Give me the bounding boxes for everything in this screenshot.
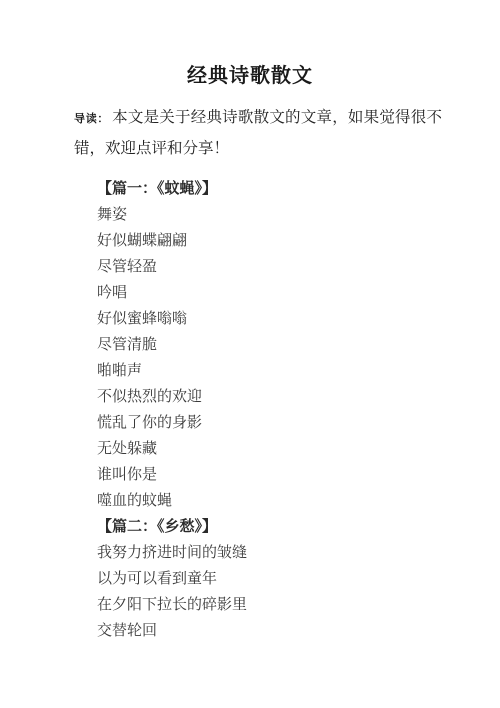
section-1-header: 【篇一：《蚊蝇》】: [97, 176, 460, 202]
poem-line: 舞姿: [97, 202, 460, 228]
page-title: 经典诗歌散文: [0, 0, 500, 88]
poem-line: 谁叫你是: [97, 462, 460, 488]
intro-label: 导读：: [74, 113, 112, 125]
poem-body: 【篇一：《蚊蝇》】 舞姿 好似蝴蝶翩翩 尽管轻盈 吟唱 好似蜜蜂嗡嗡 尽管清脆 …: [97, 176, 460, 644]
poem-line: 啪啪声: [97, 358, 460, 384]
poem-line: 不似热烈的欢迎: [97, 384, 460, 410]
poem-line: 以为可以看到童年: [97, 566, 460, 592]
poem-line: 无处躲藏: [97, 436, 460, 462]
poem-line: 吟唱: [97, 280, 460, 306]
poem-line: 噬血的蚊蝇: [97, 488, 460, 514]
section-2-header: 【篇二：《乡愁》】: [97, 514, 460, 540]
poem-line: 尽管轻盈: [97, 254, 460, 280]
poem-line: 好似蜜蜂嗡嗡: [97, 306, 460, 332]
intro-paragraph: 导读：本文是关于经典诗歌散文的文章，如果觉得很不错，欢迎点评和分享！: [74, 103, 442, 164]
document-page: 经典诗歌散文 导读：本文是关于经典诗歌散文的文章，如果觉得很不错，欢迎点评和分享…: [0, 0, 500, 708]
poem-line: 慌乱了你的身影: [97, 410, 460, 436]
intro-text: 本文是关于经典诗歌散文的文章，如果觉得很不错，欢迎点评和分享！: [74, 109, 442, 157]
poem-line: 尽管清脆: [97, 332, 460, 358]
poem-line: 交替轮回: [97, 618, 460, 644]
poem-line: 我努力挤进时间的皱缝: [97, 540, 460, 566]
poem-line: 好似蝴蝶翩翩: [97, 228, 460, 254]
poem-line: 在夕阳下拉长的碎影里: [97, 592, 460, 618]
